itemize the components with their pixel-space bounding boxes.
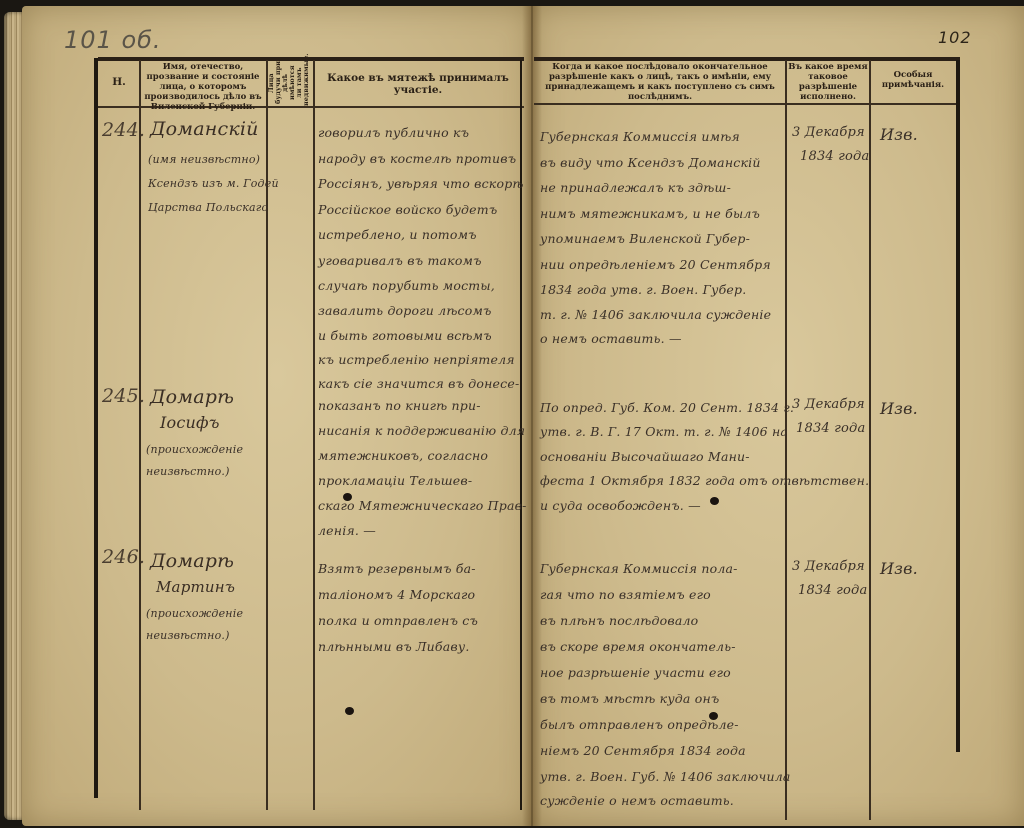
header-name: Имя, отечество, прозвание и состояніе ли… xyxy=(142,62,264,112)
participation-line: показанъ по книгѣ при- xyxy=(318,393,481,419)
header-resolution: Когда и какое послѣдовало окончательное … xyxy=(537,62,783,102)
entry-surname: Доманскій xyxy=(150,116,259,142)
participation-line: полка и отправленъ съ xyxy=(318,608,478,634)
remarks-mark: Изв. xyxy=(880,396,918,422)
folio-right: 102 xyxy=(938,28,972,47)
participation-line: мятежниковъ, согласно xyxy=(318,443,488,469)
header-top-rule-right xyxy=(534,57,960,61)
executed-date: 3 Декабря xyxy=(792,394,865,416)
resolution-line: ное разрѣшеніе участи его xyxy=(540,660,731,686)
entry-firstname: Іосифъ xyxy=(160,410,220,436)
resolution-line: основаніи Высочайшаго Мани- xyxy=(540,444,750,470)
header-estate: Лица будучи при дѣлѣ имѣются ли тамъ нед… xyxy=(268,60,312,106)
resolution-line: феста 1 Октября 1832 года отъ отвѣтствен… xyxy=(540,468,869,494)
executed-year: 1834 года xyxy=(798,580,867,602)
resolution-line: упоминаемъ Виленской Губер- xyxy=(540,226,750,252)
header-bottom-rule-right xyxy=(534,103,960,105)
participation-line: завалить дороги лѣсомъ xyxy=(318,298,492,324)
participation-line: говорилъ публично къ xyxy=(318,120,469,146)
resolution-line: Губернская Коммиссія имѣя xyxy=(540,124,740,150)
resolution-line: въ плѣнъ послѣдовало xyxy=(540,608,698,634)
participation-line: прокламаціи Тельшев- xyxy=(318,468,472,494)
participation-line: плѣнными въ Либаву. xyxy=(318,634,470,660)
resolution-line: сужденіе о немъ оставить. xyxy=(540,788,734,814)
resolution-line: утв. г. В. Г. 17 Окт. т. г. № 1406 на xyxy=(540,419,788,445)
resolution-line: въ виду что Ксендзъ Доманскій xyxy=(540,150,761,176)
entry-number: 244. xyxy=(102,118,145,144)
ink-blot xyxy=(710,497,719,505)
resolution-line: въ скоре время окончатель- xyxy=(540,634,736,660)
resolution-line: ніемъ 20 Сентября 1834 года xyxy=(540,738,746,764)
book-gutter xyxy=(522,6,542,826)
participation-line: нисанія к поддерживанію для xyxy=(318,418,525,444)
participation-line: Россіянъ, увѣряя что вскорѣ xyxy=(318,171,524,197)
resolution-line: По опред. Губ. Ком. 20 Сент. 1834 г. xyxy=(540,395,794,421)
resolution-line: т. г. № 1406 заключила сужденіе xyxy=(540,302,771,328)
header-remarks: Особыя примѣчанія. xyxy=(871,70,955,90)
ink-blot xyxy=(345,707,354,715)
resolution-line: утв. г. Воен. Губ. № 1406 заключила xyxy=(540,764,791,790)
resolution-line: 1834 года утв. г. Воен. Губер. xyxy=(540,277,746,303)
executed-date: 3 Декабря xyxy=(792,556,865,578)
resolution-line: Губернская Коммиссія пола- xyxy=(540,556,738,582)
executed-year: 1834 года xyxy=(796,418,865,440)
resolution-line: гая что по взятіемъ его xyxy=(540,582,711,608)
participation-line: и быть готовыми всѣмъ xyxy=(318,323,492,349)
entry-number: 246. xyxy=(102,545,145,571)
header-executed: Въ какое время таковое разрѣшеніе исполн… xyxy=(787,62,869,102)
participation-line: Взятъ резервнымъ ба- xyxy=(318,556,476,582)
resolution-line: нимъ мятежникамъ, и не былъ xyxy=(540,201,760,227)
entry-name-line: Ксендзъ изъ м. Годей xyxy=(148,172,279,196)
entry-name-line: неизвѣстно.) xyxy=(146,624,230,648)
folio-left: 101 об. xyxy=(64,26,162,54)
entry-name-line: (происхожденіе xyxy=(146,602,243,626)
ink-blot xyxy=(343,493,352,501)
participation-line: народу въ костелѣ противъ xyxy=(318,146,516,172)
ink-blot xyxy=(709,712,718,720)
col-rule-estate xyxy=(313,60,315,810)
entry-name-line: (происхожденіе xyxy=(146,438,243,462)
ledger-spread: 101 об. 102 Н. Имя, отечество, прозвание… xyxy=(0,0,1024,828)
participation-line: Россійское войско будетъ xyxy=(318,197,497,223)
remarks-mark: Изв. xyxy=(880,556,918,582)
entry-name-line: Царства Польскаго xyxy=(148,196,268,220)
entry-name-line: неизвѣстно.) xyxy=(146,460,230,484)
resolution-line: въ томъ мѣстѣ куда онъ xyxy=(540,686,719,712)
participation-line: случаѣ порубить мосты, xyxy=(318,273,495,299)
resolution-line: не принадлежалъ къ здѣш- xyxy=(540,175,731,201)
participation-line: къ истребленію непріятеля xyxy=(318,347,515,373)
col-rule-executed xyxy=(869,60,871,820)
resolution-line: о немъ оставить. — xyxy=(540,326,682,352)
entry-surname: Домарѣ xyxy=(150,384,234,410)
header-no: Н. xyxy=(100,76,138,88)
executed-year: 1834 года xyxy=(800,146,869,168)
participation-line: истреблено, и потомъ xyxy=(318,222,477,248)
participation-line: таліономъ 4 Морскаго xyxy=(318,582,475,608)
entry-surname: Домарѣ xyxy=(150,548,234,574)
participation-line: уговаривалъ въ такомъ xyxy=(318,248,482,274)
left-outer-rule xyxy=(94,58,98,798)
entry-name-line: (имя неизвѣстно) xyxy=(148,148,260,172)
entry-number: 245. xyxy=(102,384,145,410)
executed-date: 3 Декабря xyxy=(792,122,865,144)
header-participation: Какое въ мятежѣ принималъ участіе. xyxy=(316,72,520,96)
entry-firstname: Мартинъ xyxy=(156,574,235,600)
resolution-line: нии опредѣленіемъ 20 Сентября xyxy=(540,252,771,278)
participation-line: ленія. — xyxy=(318,518,376,544)
resolution-line: и суда освобожденъ. — xyxy=(540,493,701,519)
right-outer-rule xyxy=(956,60,960,752)
col-rule-no xyxy=(139,60,141,810)
remarks-mark: Изв. xyxy=(880,122,918,148)
